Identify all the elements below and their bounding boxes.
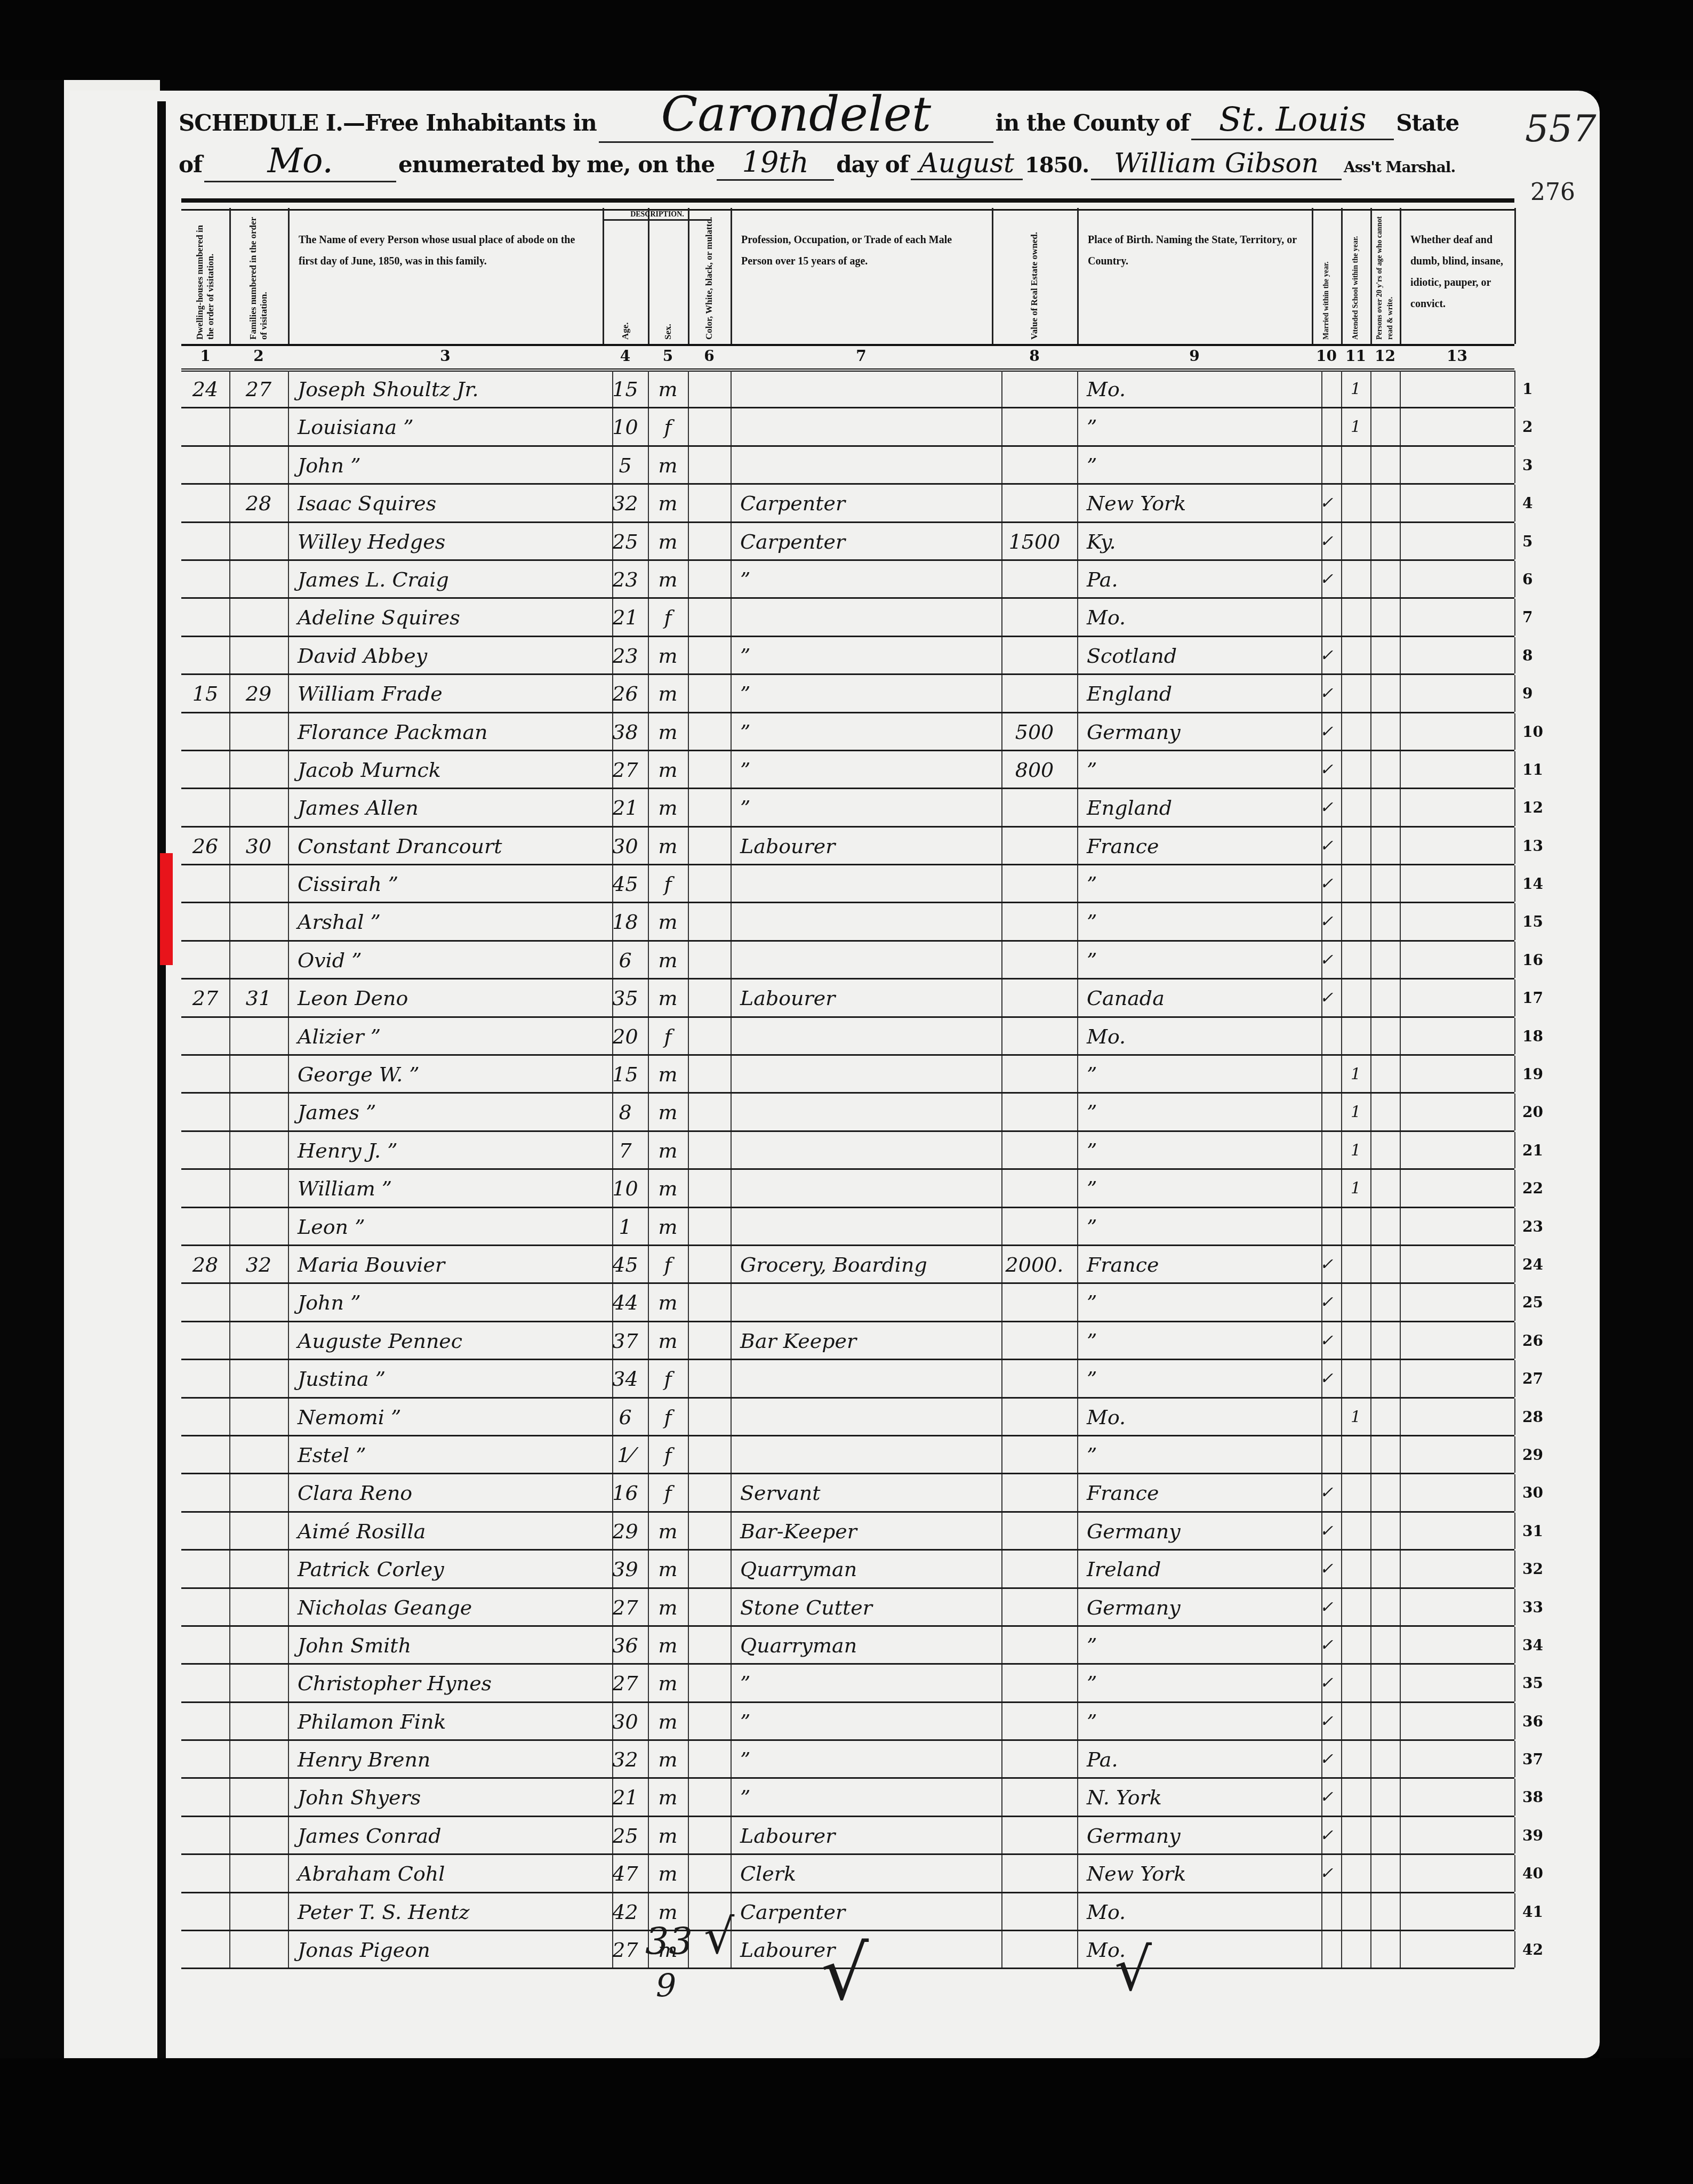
cell-real-estate: [992, 1893, 1078, 1930]
table-row: Nemomi ”6fMo.128: [181, 1399, 1514, 1436]
cell-name: Arshal ”: [288, 903, 613, 940]
cell-color: [688, 828, 732, 864]
cell-age: 1⁄: [603, 1436, 649, 1473]
cell-name: Peter T. S. Hentz: [288, 1893, 613, 1930]
table-row: Cissirah ”45f”✓14: [181, 865, 1514, 903]
cell-real-estate: [992, 675, 1078, 711]
cell-illiterate: [1370, 1056, 1401, 1092]
cell-age: 27: [603, 1931, 649, 1968]
cell-name: James Conrad: [288, 1817, 613, 1853]
cell-sex: m: [648, 637, 689, 673]
cell-family: [229, 751, 289, 788]
cell-family: [229, 865, 289, 902]
cell-name: Estel ”: [288, 1436, 613, 1473]
cell-sex: m: [648, 1170, 689, 1206]
cell-school: [1341, 485, 1371, 521]
cell-age: 44: [603, 1284, 649, 1320]
cell-family: [229, 1208, 289, 1244]
cell-real-estate: [992, 1399, 1078, 1435]
cell-dwelling: 15: [181, 675, 230, 711]
cell-age: 42: [603, 1893, 649, 1930]
column-header-9: Place of Birth. Naming the State, Territ…: [1077, 208, 1313, 344]
cell-dwelling: [181, 1360, 230, 1396]
cell-school: [1341, 637, 1371, 673]
cell-married: ✓: [1312, 1322, 1342, 1359]
cell-dwelling: [181, 1741, 230, 1777]
cell-school: [1341, 751, 1371, 788]
cell-name: Constant Drancourt: [288, 828, 613, 864]
cell-illiterate: [1370, 599, 1401, 635]
cell-infirm: [1400, 751, 1515, 788]
cell-illiterate: [1370, 675, 1401, 711]
cell-name: Isaac Squires: [288, 485, 613, 521]
cell-birthplace: Mo.: [1077, 1399, 1322, 1435]
cell-birthplace: ”: [1077, 1627, 1322, 1663]
cell-dwelling: [181, 942, 230, 978]
cell-dwelling: [181, 408, 230, 445]
cell-infirm: [1400, 1893, 1515, 1930]
scan-border-right: [1600, 80, 1693, 2184]
cell-color: [688, 675, 732, 711]
cell-name: John Smith: [288, 1627, 613, 1663]
cell-illiterate: [1370, 751, 1401, 788]
cell-age: 37: [603, 1322, 649, 1359]
place-field: Carondelet: [599, 88, 993, 143]
cell-sex: m: [648, 1741, 689, 1777]
line-number: 9: [1522, 685, 1532, 702]
column-header-1: Dwelling-houses numbered in the order of…: [181, 208, 231, 344]
cell-birthplace: ”: [1077, 1132, 1322, 1168]
line-number: 7: [1522, 608, 1532, 626]
line-number: 18: [1522, 1027, 1543, 1045]
day-field: 19th: [717, 146, 834, 181]
table-row: 2427Joseph Shoultz Jr.15mMo.11: [181, 371, 1514, 408]
cell-name: James ”: [288, 1094, 613, 1130]
cell-age: 8: [603, 1094, 649, 1130]
cell-birthplace: New York: [1077, 1855, 1322, 1891]
line-number: 13: [1522, 837, 1543, 855]
cell-school: [1341, 1855, 1371, 1891]
cell-illiterate: [1370, 789, 1401, 825]
cell-color: [688, 903, 732, 940]
line-number: 6: [1522, 571, 1532, 588]
line-number: 8: [1522, 647, 1532, 664]
table-row: Arshal ”18m”✓15: [181, 903, 1514, 941]
cell-family: [229, 713, 289, 750]
cell-color: [688, 447, 732, 483]
cell-color: [688, 408, 732, 445]
cell-real-estate: [992, 408, 1078, 445]
column-header-6: Color, White, black, or mulatto.: [688, 208, 732, 344]
cell-infirm: [1400, 1703, 1515, 1739]
cell-real-estate: 800: [992, 751, 1078, 788]
cell-real-estate: [992, 1436, 1078, 1473]
cell-married: ✓: [1312, 485, 1342, 521]
cell-married: [1312, 1018, 1342, 1054]
cell-real-estate: [992, 979, 1078, 1016]
cell-occupation: [731, 1399, 1002, 1435]
cell-infirm: [1400, 713, 1515, 750]
cell-dwelling: [181, 1208, 230, 1244]
cell-color: [688, 979, 732, 1016]
cell-sex: m: [648, 1817, 689, 1853]
cell-infirm: [1400, 1132, 1515, 1168]
table-row: Leon ”1m”23: [181, 1208, 1514, 1246]
cell-family: [229, 1589, 289, 1625]
cell-birthplace: ”: [1077, 1056, 1322, 1092]
of-label: of: [179, 151, 202, 178]
cell-illiterate: [1370, 1627, 1401, 1663]
cell-infirm: [1400, 447, 1515, 483]
cell-real-estate: [992, 599, 1078, 635]
cell-family: 30: [229, 828, 289, 864]
cell-birthplace: ”: [1077, 1665, 1322, 1701]
cell-infirm: [1400, 1474, 1515, 1511]
cell-age: 34: [603, 1360, 649, 1396]
cell-family: [229, 1399, 289, 1435]
cell-name: Ovid ”: [288, 942, 613, 978]
cell-dwelling: [181, 865, 230, 902]
cell-illiterate: [1370, 1284, 1401, 1320]
cell-dwelling: [181, 1474, 230, 1511]
cell-school: 1: [1341, 371, 1371, 407]
cell-family: [229, 903, 289, 940]
cell-married: ✓: [1312, 942, 1342, 978]
cell-age: 35: [603, 979, 649, 1016]
cell-married: ✓: [1312, 979, 1342, 1016]
cell-dwelling: [181, 1170, 230, 1206]
cell-sex: m: [648, 1284, 689, 1320]
cell-married: ✓: [1312, 1627, 1342, 1663]
column-header-13: Whether deaf and dumb, blind, insane, id…: [1400, 208, 1516, 344]
cell-birthplace: ”: [1077, 1322, 1322, 1359]
cell-occupation: [731, 371, 1002, 407]
cell-infirm: [1400, 1094, 1515, 1130]
table-row: Alizier ”20fMo.18: [181, 1018, 1514, 1056]
cell-occupation: Labourer: [731, 979, 1002, 1016]
cell-illiterate: [1370, 1513, 1401, 1549]
line-number: 23: [1522, 1218, 1543, 1235]
cell-real-estate: [992, 637, 1078, 673]
cell-occupation: ”: [731, 561, 1002, 597]
cell-age: 39: [603, 1551, 649, 1587]
cell-school: [1341, 675, 1371, 711]
cell-married: [1312, 599, 1342, 635]
cell-occupation: [731, 408, 1002, 445]
cell-dwelling: [181, 1018, 230, 1054]
column-header-11: Attended School within the year.: [1341, 208, 1372, 344]
cell-birthplace: Mo.: [1077, 1931, 1322, 1968]
cell-family: [229, 447, 289, 483]
table-row: 2731Leon Deno35mLabourerCanada✓17: [181, 979, 1514, 1017]
cell-sex: m: [648, 751, 689, 788]
cell-illiterate: [1370, 1703, 1401, 1739]
cell-dwelling: [181, 751, 230, 788]
line-number: 29: [1522, 1446, 1543, 1464]
cell-dwelling: [181, 1703, 230, 1739]
check-mark-1: √: [704, 1909, 734, 1965]
scan-border-bottom: [0, 2058, 1693, 2184]
cell-family: 27: [229, 371, 289, 407]
cell-occupation: ”: [731, 789, 1002, 825]
cell-infirm: [1400, 637, 1515, 673]
cell-age: 30: [603, 1703, 649, 1739]
column-number: 12: [1370, 347, 1400, 365]
cell-married: [1312, 1056, 1342, 1092]
cell-family: [229, 1817, 289, 1853]
cell-color: [688, 1322, 732, 1359]
cell-real-estate: [992, 371, 1078, 407]
cell-color: [688, 1284, 732, 1320]
cell-illiterate: [1370, 1665, 1401, 1701]
cell-married: ✓: [1312, 713, 1342, 750]
cell-occupation: Stone Cutter: [731, 1589, 1002, 1625]
table-row: Florance Packman38m”500Germany✓10: [181, 713, 1514, 751]
column-header-label: Sex.: [663, 212, 673, 340]
cell-infirm: [1400, 1208, 1515, 1244]
cell-illiterate: [1370, 1474, 1401, 1511]
cell-name: Abraham Cohl: [288, 1855, 613, 1891]
cell-school: [1341, 1513, 1371, 1549]
cell-dwelling: [181, 713, 230, 750]
column-header-label: Families numbered in the order of visita…: [248, 212, 269, 340]
line-number: 12: [1522, 799, 1543, 816]
cell-sex: f: [648, 599, 689, 635]
cell-real-estate: [992, 1132, 1078, 1168]
cell-occupation: [731, 1018, 1002, 1054]
cell-infirm: [1400, 408, 1515, 445]
cell-married: ✓: [1312, 1855, 1342, 1891]
cell-illiterate: [1370, 1855, 1401, 1891]
cell-school: [1341, 828, 1371, 864]
cell-name: John ”: [288, 447, 613, 483]
cell-color: [688, 599, 732, 635]
cell-birthplace: ”: [1077, 1208, 1322, 1244]
cell-birthplace: France: [1077, 1246, 1322, 1282]
cell-sex: f: [648, 1436, 689, 1473]
cell-infirm: [1400, 1436, 1515, 1473]
cell-married: [1312, 1931, 1342, 1968]
cell-real-estate: [992, 1094, 1078, 1130]
cell-color: [688, 1208, 732, 1244]
cell-family: [229, 1703, 289, 1739]
cell-married: ✓: [1312, 1474, 1342, 1511]
column-header-3: The Name of every Person whose usual pla…: [288, 208, 604, 344]
cell-family: [229, 408, 289, 445]
cell-birthplace: Mo.: [1077, 371, 1322, 407]
cell-married: ✓: [1312, 751, 1342, 788]
cell-dwelling: [181, 1322, 230, 1359]
check-mark-2: √: [821, 1930, 869, 2017]
table-row: Christopher Hynes27m””✓35: [181, 1665, 1514, 1703]
cell-school: [1341, 1360, 1371, 1396]
cell-color: [688, 1513, 732, 1549]
column-number: 1: [181, 347, 229, 365]
cell-family: [229, 1018, 289, 1054]
cell-age: 25: [603, 523, 649, 559]
cell-illiterate: [1370, 1094, 1401, 1130]
column-number: 8: [992, 347, 1077, 365]
column-number: 10: [1312, 347, 1341, 365]
cell-sex: f: [648, 1474, 689, 1511]
cell-family: [229, 1474, 289, 1511]
cell-infirm: [1400, 789, 1515, 825]
month-field: August: [911, 148, 1023, 180]
state-field: Mo.: [204, 141, 396, 182]
cell-school: [1341, 903, 1371, 940]
table-row: William ”10m”122: [181, 1170, 1514, 1208]
cell-school: [1341, 789, 1371, 825]
cell-occupation: Labourer: [731, 828, 1002, 864]
cell-infirm: [1400, 675, 1515, 711]
cell-name: John ”: [288, 1284, 613, 1320]
cell-sex: m: [648, 942, 689, 978]
cell-age: 7: [603, 1132, 649, 1168]
table-row: Jacob Murnck27m”800”✓11: [181, 751, 1514, 789]
cell-school: [1341, 1322, 1371, 1359]
cell-married: ✓: [1312, 1284, 1342, 1320]
table-row: John ”44m”✓25: [181, 1284, 1514, 1322]
cell-real-estate: [992, 942, 1078, 978]
table-row: George W. ”15m”119: [181, 1056, 1514, 1094]
line-number: 15: [1522, 913, 1543, 930]
cell-name: Henry Brenn: [288, 1741, 613, 1777]
stamped-page-number: 557: [1525, 107, 1596, 150]
line-number: 26: [1522, 1332, 1543, 1350]
cell-family: [229, 1551, 289, 1587]
cell-married: ✓: [1312, 1703, 1342, 1739]
cell-illiterate: [1370, 371, 1401, 407]
cell-birthplace: ”: [1077, 1360, 1322, 1396]
line-number: 10: [1522, 723, 1543, 741]
cell-age: 47: [603, 1855, 649, 1891]
line-number: 31: [1522, 1522, 1543, 1540]
cell-sex: m: [648, 675, 689, 711]
cell-married: [1312, 408, 1342, 445]
cell-married: [1312, 447, 1342, 483]
cell-occupation: Quarryman: [731, 1627, 1002, 1663]
cell-real-estate: [992, 1056, 1078, 1092]
cell-married: [1312, 1170, 1342, 1206]
cell-infirm: [1400, 1627, 1515, 1663]
cell-dwelling: [181, 1513, 230, 1549]
cell-married: ✓: [1312, 1360, 1342, 1396]
cell-married: ✓: [1312, 1246, 1342, 1282]
line-number: 24: [1522, 1256, 1543, 1273]
table-row: Patrick Corley39mQuarrymanIreland✓32: [181, 1551, 1514, 1588]
cell-birthplace: New York: [1077, 485, 1322, 521]
cell-illiterate: [1370, 1817, 1401, 1853]
cell-name: Patrick Corley: [288, 1551, 613, 1587]
enumerated-label: enumerated by me, on the: [398, 151, 715, 178]
column-number: 9: [1077, 347, 1312, 365]
cell-infirm: [1400, 1931, 1515, 1968]
column-number: 7: [731, 347, 992, 365]
cell-occupation: [731, 1170, 1002, 1206]
cell-name: Nicholas Geange: [288, 1589, 613, 1625]
schedule-label: SCHEDULE I.—Free Inhabitants in: [179, 110, 597, 136]
cell-birthplace: Mo.: [1077, 1018, 1322, 1054]
cell-married: [1312, 1399, 1342, 1435]
column-header-label: The Name of every Person whose usual pla…: [288, 208, 603, 272]
cell-family: [229, 1170, 289, 1206]
cell-illiterate: [1370, 637, 1401, 673]
cell-occupation: [731, 1208, 1002, 1244]
cell-sex: m: [648, 1779, 689, 1815]
cell-dwelling: [181, 903, 230, 940]
cell-family: [229, 1741, 289, 1777]
cell-dwelling: 26: [181, 828, 230, 864]
cell-family: [229, 1436, 289, 1473]
cell-sex: m: [648, 903, 689, 940]
cell-occupation: Carpenter: [731, 523, 1002, 559]
table-row: Auguste Pennec37mBar Keeper”✓26: [181, 1322, 1514, 1360]
table-row: 28Isaac Squires32mCarpenterNew York✓4: [181, 485, 1514, 523]
cell-name: Henry J. ”: [288, 1132, 613, 1168]
cell-occupation: ”: [731, 713, 1002, 750]
cell-birthplace: ”: [1077, 408, 1322, 445]
cell-age: 36: [603, 1627, 649, 1663]
cell-infirm: [1400, 1741, 1515, 1777]
cell-age: 26: [603, 675, 649, 711]
cell-illiterate: [1370, 1246, 1401, 1282]
cell-name: Jacob Murnck: [288, 751, 613, 788]
cell-real-estate: [992, 1817, 1078, 1853]
cell-infirm: [1400, 903, 1515, 940]
cell-sex: m: [648, 789, 689, 825]
cell-family: [229, 523, 289, 559]
cell-birthplace: ”: [1077, 751, 1322, 788]
cell-real-estate: [992, 828, 1078, 864]
cell-dwelling: [181, 447, 230, 483]
cell-married: ✓: [1312, 1817, 1342, 1853]
column-header-2: Families numbered in the order of visita…: [229, 208, 290, 344]
cell-occupation: Bar Keeper: [731, 1322, 1002, 1359]
table-row: David Abbey23m”Scotland✓8: [181, 637, 1514, 675]
cell-occupation: Labourer: [731, 1817, 1002, 1853]
cell-name: Louisiana ”: [288, 408, 613, 445]
cell-illiterate: [1370, 1132, 1401, 1168]
day-of-label: day of: [836, 151, 909, 178]
cell-real-estate: [992, 1360, 1078, 1396]
cell-married: ✓: [1312, 1551, 1342, 1587]
table-row: James Conrad25mLabourerGermany✓39: [181, 1817, 1514, 1855]
table-row: Philamon Fink30m””✓36: [181, 1703, 1514, 1741]
cell-birthplace: ”: [1077, 447, 1322, 483]
cell-school: 1: [1341, 1132, 1371, 1168]
cell-color: [688, 1779, 732, 1815]
cell-married: ✓: [1312, 1741, 1342, 1777]
cell-real-estate: [992, 1322, 1078, 1359]
cell-name: David Abbey: [288, 637, 613, 673]
cell-family: [229, 1665, 289, 1701]
cell-sex: f: [648, 1399, 689, 1435]
cell-school: [1341, 1551, 1371, 1587]
cell-sex: m: [648, 713, 689, 750]
cell-dwelling: [181, 1056, 230, 1092]
table-row: James ”8m”120: [181, 1094, 1514, 1131]
cell-occupation: [731, 599, 1002, 635]
cell-age: 15: [603, 1056, 649, 1092]
cell-occupation: ”: [731, 675, 1002, 711]
cell-infirm: [1400, 371, 1515, 407]
cell-birthplace: Canada: [1077, 979, 1322, 1016]
cell-age: 21: [603, 1779, 649, 1815]
cell-real-estate: [992, 1170, 1078, 1206]
cell-birthplace: France: [1077, 1474, 1322, 1511]
column-number: 5: [648, 347, 688, 365]
cell-married: ✓: [1312, 561, 1342, 597]
